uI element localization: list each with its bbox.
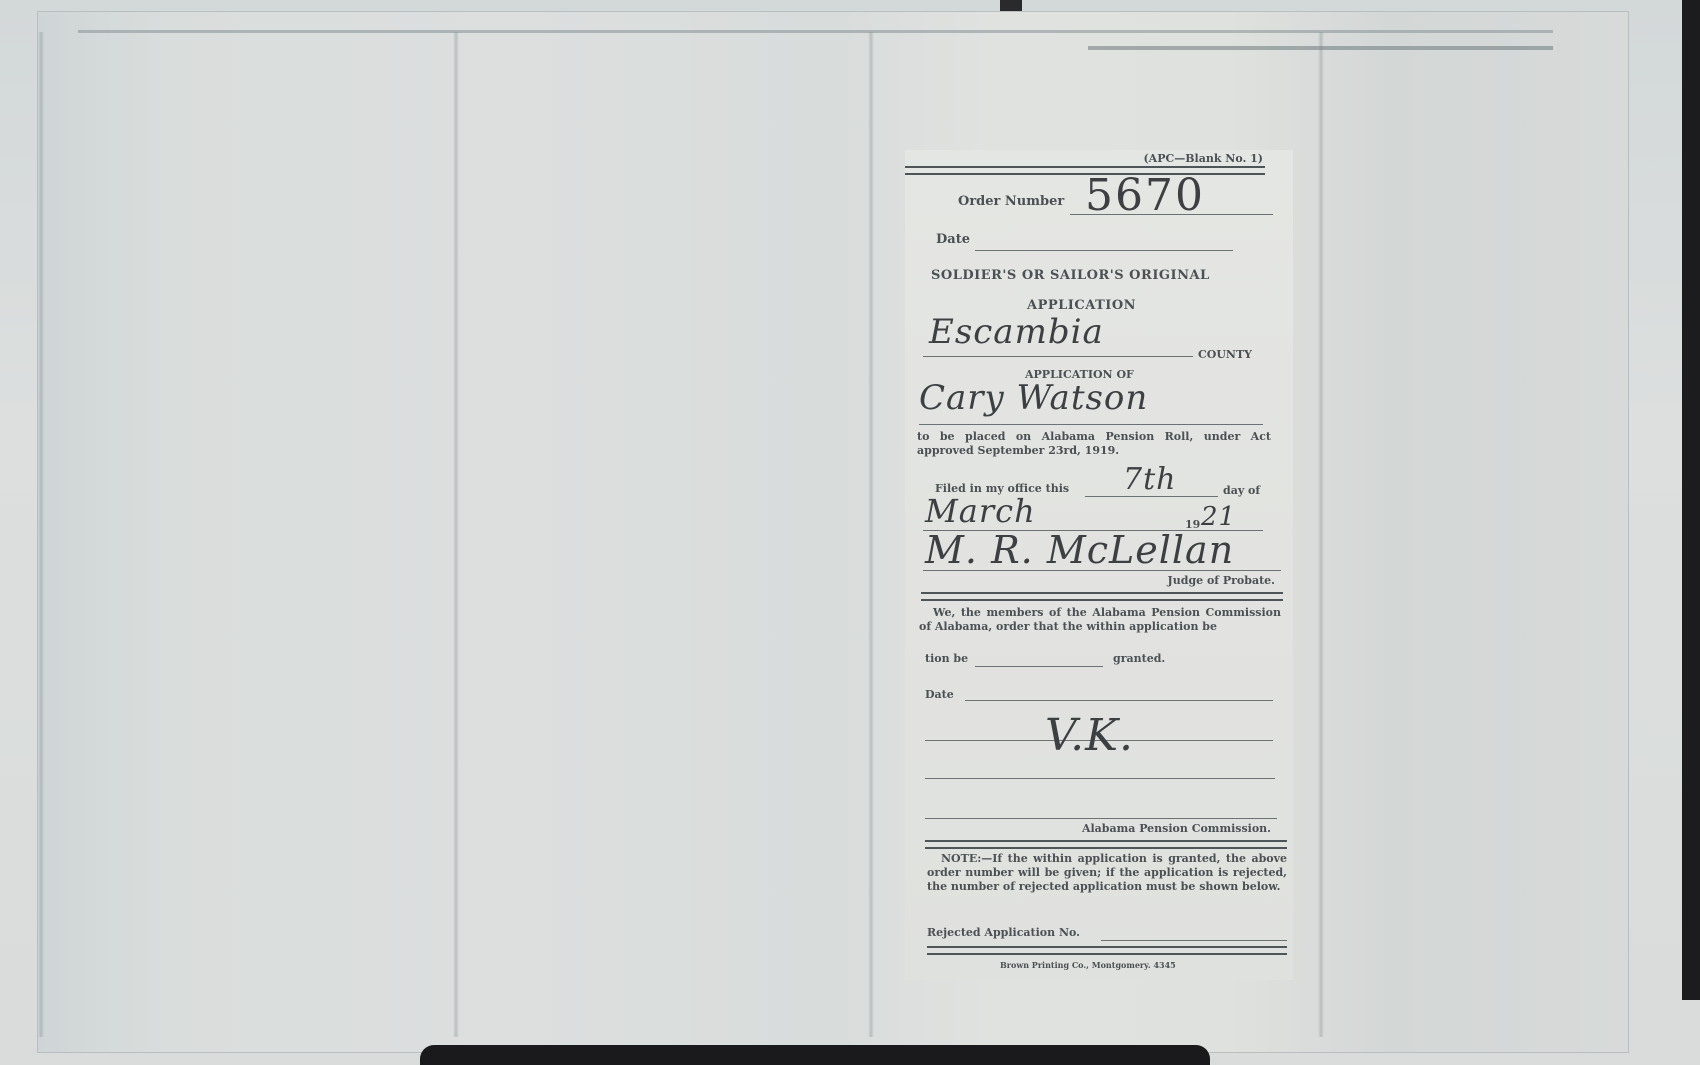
photo-edge-right (1682, 0, 1700, 1000)
section-rule (921, 592, 1283, 601)
date2-line (965, 700, 1273, 701)
county-value: Escambia (929, 312, 1104, 352)
fold-line (38, 32, 44, 1037)
document-folder (38, 12, 1628, 1052)
granted-label: granted. (1113, 652, 1165, 665)
commission-line (925, 818, 1277, 819)
filed-month-value: March (925, 492, 1036, 530)
date2-label: Date (925, 688, 954, 701)
granted-line (975, 666, 1103, 667)
applicant-name: Cary Watson (919, 378, 1148, 418)
commission-text: We, the members of the Alabama Pension C… (919, 606, 1281, 634)
date-label: Date (936, 232, 970, 247)
date-line (975, 250, 1233, 251)
commission-mark: V.K. (1045, 710, 1134, 761)
form-title: SOLDIER'S OR SAILOR'S ORIGINAL (931, 268, 1210, 283)
fold-line (1318, 32, 1324, 1037)
county-line (923, 356, 1193, 357)
judge-label: Judge of Probate. (1168, 574, 1275, 587)
filed-day-value: 7th (1123, 462, 1176, 497)
commission-line (925, 778, 1275, 779)
commission-label: Alabama Pension Commission. (1082, 822, 1271, 835)
county-label: COUNTY (1198, 348, 1252, 361)
rejected-line (1101, 940, 1287, 941)
fold-line (453, 32, 459, 1037)
rejected-label: Rejected Application No. (927, 926, 1080, 939)
photo-edge-bottom (420, 1045, 1210, 1065)
section-rule (925, 840, 1287, 849)
order-number-label: Order Number (958, 194, 1064, 209)
fold-line (868, 32, 874, 1037)
footer-rule (927, 946, 1287, 955)
note-text: NOTE:—If the within application is grant… (927, 852, 1287, 894)
act-text: to be placed on Alabama Pension Roll, un… (917, 430, 1271, 458)
folder-top-edge (78, 30, 1553, 33)
pension-application-form: (APC—Blank No. 1) Order Number 5670 Date… (905, 150, 1293, 980)
form-subtitle: APPLICATION (1027, 298, 1136, 313)
judge-line (923, 570, 1281, 571)
tion-be-label: tion be (925, 652, 968, 665)
day-of-label: day of (1223, 484, 1260, 497)
order-number-value: 5670 (1085, 170, 1205, 221)
form-id: (APC—Blank No. 1) (1143, 152, 1263, 165)
printer-imprint: Brown Printing Co., Montgomery. 4345 (1000, 960, 1176, 970)
judge-signature: M. R. McLellan (925, 528, 1234, 572)
applicant-line (919, 424, 1263, 425)
